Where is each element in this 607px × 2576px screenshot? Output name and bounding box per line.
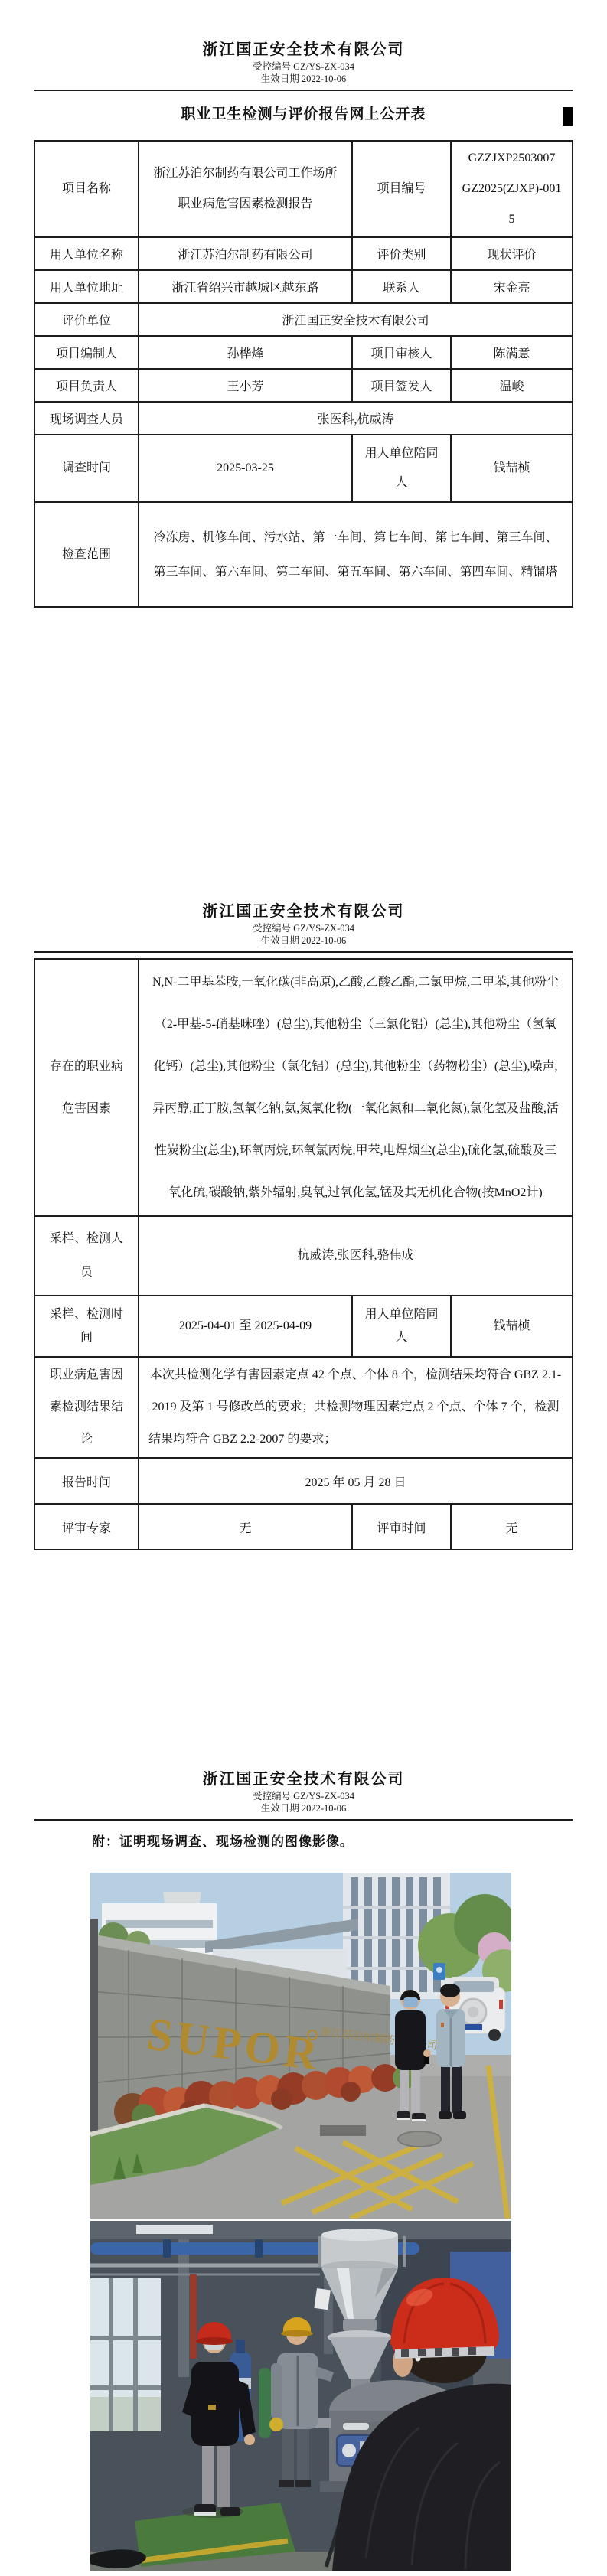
table-row: 检查范围 冷冻房、机修车间、污水站、第一车间、第七车间、第七车间、第三车间、第三…	[34, 502, 573, 607]
table-row: 存在的职业病危害因素 N,N-二甲基苯胺,一氧化碳(非高原),乙酸,乙酸乙酯,二…	[34, 959, 573, 1216]
cell-leader-value: 王小芳	[139, 369, 352, 402]
letterhead-rule	[34, 90, 573, 91]
company-name: 浙江国正安全技术有限公司	[0, 40, 607, 60]
cell-eval-type-value: 现状评价	[451, 237, 573, 270]
cell-leader-label: 项目负责人	[34, 369, 139, 402]
table-row: 项目编制人 孙桦烽 项目审核人 陈满意	[34, 336, 573, 369]
evidence-photos: SUPOR 浙江苏泊尔制药有限公司	[90, 1873, 511, 2571]
pipe-flange	[255, 2239, 263, 2258]
cell-employer-addr-value: 浙江省绍兴市越城区越东路	[139, 270, 352, 303]
cell-sampling-time-label: 采样、检测时间	[34, 1296, 139, 1357]
cell-scope-value: 冷冻房、机修车间、污水站、第一车间、第七车间、第七车间、第三车间、第三车间、第六…	[139, 502, 573, 607]
cell-reviewer-label: 项目审核人	[352, 336, 451, 369]
cell-surveyors-value: 张医科,杭威涛	[139, 402, 573, 435]
face-mask	[403, 1997, 418, 2007]
cell-compiler-value: 孙桦烽	[139, 336, 352, 369]
cell-sampling-time-value: 2025-04-01 至 2025-04-09	[139, 1296, 352, 1357]
cell-contact-value: 宋金亮	[451, 270, 573, 303]
scan-artifact	[563, 107, 573, 126]
cell-scope-label: 检查范围	[34, 502, 139, 607]
cell-escort-value: 钱喆桢	[451, 1296, 573, 1357]
cell-samplers-value: 杭威涛,张医科,骆伟成	[139, 1216, 573, 1296]
effective-date-line: 生效日期 2022-10-06	[0, 934, 607, 947]
letterhead-rule	[34, 1819, 573, 1821]
table-row: 报告时间 2025 年 05 月 28 日	[34, 1458, 573, 1504]
page-1: 浙江国正安全技术有限公司 受控编号 GZ/YS-ZX-034 生效日期 2022…	[0, 0, 607, 859]
table-row: 评审专家 无 评审时间 无	[34, 1504, 573, 1550]
table-row: 调查时间 2025-03-25 用人单位陪同人 钱喆桢	[34, 435, 573, 502]
page2-letterhead: 浙江国正安全技术有限公司 受控编号 GZ/YS-ZX-034 生效日期 2022…	[0, 859, 607, 947]
pipe-flange	[163, 2239, 171, 2258]
red-pipe	[190, 2274, 197, 2359]
control-number-line: 受控编号 GZ/YS-ZX-034	[0, 1790, 607, 1802]
cell-eval-org-value: 浙江国正安全技术有限公司	[139, 303, 573, 336]
cell-employer-name-label: 用人单位名称	[34, 237, 139, 270]
document-title: 职业卫生检测与评价报告网上公开表	[0, 103, 607, 123]
steel-column	[178, 2239, 189, 2377]
cell-employer-name-value: 浙江苏泊尔制药有限公司	[139, 237, 352, 270]
page1-letterhead: 浙江国正安全技术有限公司 受控编号 GZ/YS-ZX-034 生效日期 2022…	[0, 0, 607, 85]
ceiling-light	[136, 2225, 213, 2234]
attachment-note: 附：证明现场调查、现场检测的图像影像。	[92, 1831, 607, 1850]
effective-date-line: 生效日期 2022-10-06	[0, 1802, 607, 1815]
cell-escort-label: 用人单位陪同人	[352, 1296, 451, 1357]
page-2: 浙江国正安全技术有限公司 受控编号 GZ/YS-ZX-034 生效日期 2022…	[0, 859, 607, 1717]
cell-contact-label: 联系人	[352, 270, 451, 303]
manhole-cover	[398, 2131, 441, 2147]
hanging-tag	[314, 2288, 330, 2310]
cell-project-name-value: 浙江苏泊尔制药有限公司工作场所职业病危害因素检测报告	[139, 141, 352, 237]
page-3: 浙江国正安全技术有限公司 受控编号 GZ/YS-ZX-034 生效日期 2022…	[0, 1717, 607, 2576]
table-row: 用人单位名称 浙江苏泊尔制药有限公司 评价类别 现状评价	[34, 237, 573, 270]
cell-survey-date-value: 2025-03-25	[139, 435, 352, 502]
cell-issuer-label: 项目签发人	[352, 369, 451, 402]
company-name: 浙江国正安全技术有限公司	[0, 902, 607, 922]
cell-surveyors-label: 现场调查人员	[34, 402, 139, 435]
table-row: 项目负责人 王小芳 项目签发人 温峻	[34, 369, 573, 402]
control-number-line: 受控编号 GZ/YS-ZX-034	[0, 60, 607, 73]
cell-survey-date-label: 调查时间	[34, 435, 139, 502]
project-info-table: 项目名称 浙江苏泊尔制药有限公司工作场所职业病危害因素检测报告 项目编号 GZZ…	[34, 140, 573, 608]
effective-date-line: 生效日期 2022-10-06	[0, 73, 607, 85]
cell-report-date-label: 报告时间	[34, 1458, 139, 1504]
cell-reviewer-value: 陈满意	[451, 336, 573, 369]
cell-compiler-label: 项目编制人	[34, 336, 139, 369]
drain-grate	[320, 2125, 366, 2136]
table-row: 职业病危害因素检测结果结论 本次共检测化学有害因素定点 42 个点、个体 8 个…	[34, 1357, 573, 1458]
photo-factory-entrance: SUPOR 浙江苏泊尔制药有限公司	[90, 1873, 511, 2219]
project-no-line2: GZ2025(ZJXP)-0015	[461, 174, 563, 235]
yellow-glove	[269, 2418, 283, 2431]
cell-samplers-label: 采样、检测人员	[34, 1216, 139, 1296]
table-row: 采样、检测时间 2025-04-01 至 2025-04-09 用人单位陪同人 …	[34, 1296, 573, 1357]
cell-project-name-label: 项目名称	[34, 141, 139, 237]
sign-glyph	[436, 1967, 442, 1973]
company-name: 浙江国正安全技术有限公司	[0, 1769, 607, 1790]
window	[90, 2278, 161, 2431]
cell-report-date-value: 2025 年 05 月 28 日	[139, 1458, 573, 1504]
letterhead-rule	[34, 951, 573, 953]
cell-hazards-value: N,N-二甲基苯胺,一氧化碳(非高原),乙酸,乙酸乙酯,二氯甲烷,二甲苯,其他粉…	[139, 959, 573, 1216]
cell-conclusion-value: 本次共检测化学有害因素定点 42 个点、个体 8 个，检测结果均符合 GBZ 2…	[139, 1357, 573, 1458]
table-row: 用人单位地址 浙江省绍兴市越城区越东路 联系人 宋金亮	[34, 270, 573, 303]
cell-hazards-label: 存在的职业病危害因素	[34, 959, 139, 1216]
cell-review-time-label: 评审时间	[352, 1504, 451, 1550]
table-row: 项目名称 浙江苏泊尔制药有限公司工作场所职业病危害因素检测报告 项目编号 GZZ…	[34, 141, 573, 237]
cell-expert-value: 无	[139, 1504, 352, 1550]
project-no-line1: GZZJXP2503007	[461, 143, 563, 174]
cell-escort-label: 用人单位陪同人	[352, 435, 451, 502]
cell-eval-type-label: 评价类别	[352, 237, 451, 270]
cell-conclusion-label: 职业病危害因素检测结果结论	[34, 1357, 139, 1458]
cell-project-no-value: GZZJXP2503007 GZ2025(ZJXP)-0015	[451, 141, 573, 237]
cell-review-time-value: 无	[451, 1504, 573, 1550]
cell-project-no-label: 项目编号	[352, 141, 451, 237]
control-number-line: 受控编号 GZ/YS-ZX-034	[0, 922, 607, 934]
cell-escort-value: 钱喆桢	[451, 435, 573, 502]
table-row: 现场调查人员 张医科,杭威涛	[34, 402, 573, 435]
page3-letterhead: 浙江国正安全技术有限公司 受控编号 GZ/YS-ZX-034 生效日期 2022…	[0, 1717, 607, 1815]
table-row: 采样、检测人员 杭威涛,张医科,骆伟成	[34, 1216, 573, 1296]
cell-issuer-value: 温峻	[451, 369, 573, 402]
table-row: 评价单位 浙江国正安全技术有限公司	[34, 303, 573, 336]
cell-expert-label: 评审专家	[34, 1504, 139, 1550]
cell-employer-addr-label: 用人单位地址	[34, 270, 139, 303]
cell-eval-org-label: 评价单位	[34, 303, 139, 336]
gate-post	[90, 1919, 98, 2133]
detection-result-table: 存在的职业病危害因素 N,N-二甲基苯胺,一氧化碳(非高原),乙酸,乙酸乙酯,二…	[34, 958, 573, 1550]
photo-onsite-detection	[90, 2221, 511, 2571]
